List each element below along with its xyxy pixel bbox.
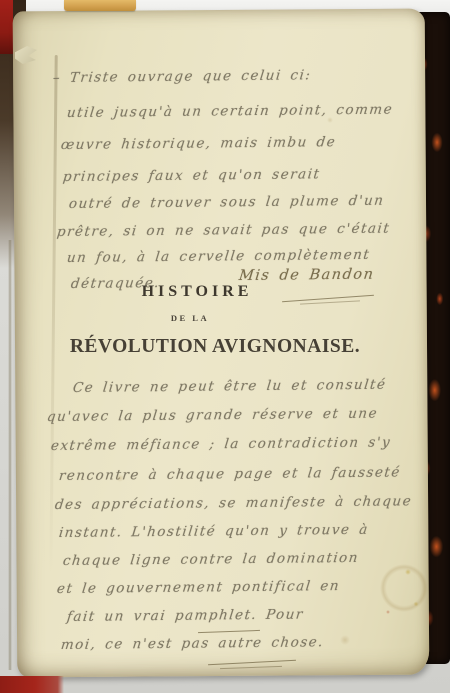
annotation-line: principes faux et qu'on serait — [62, 166, 321, 185]
annotation-line: – Triste ouvrage que celui ci: — [52, 67, 312, 86]
annotation-line: instant. L'hostilité qu'on y trouve à — [58, 522, 370, 541]
printed-title-histoire: HISTOIRE — [30, 283, 364, 301]
red-cover-edge-top — [0, 0, 13, 54]
annotation-line: chaque ligne contre la domination — [62, 550, 360, 569]
red-cover-edge-bottom — [0, 676, 64, 693]
annotation-line: outré de trouver sous la plume d'un — [68, 193, 385, 212]
annotation-line: œuvre historique, mais imbu de — [60, 134, 337, 153]
handwritten-signature: Mis de Bandon — [238, 267, 375, 284]
photo-frame: – Triste ouvrage que celui ci: utile jus… — [0, 0, 450, 693]
printed-title-revolution: RÉVOLUTION AVIGNONAISE. — [42, 336, 388, 358]
tape-tab — [64, 0, 136, 11]
annotation-line: Ce livre ne peut être lu et consulté — [72, 377, 387, 396]
annotation-line: utile jusqu'à un certain point, comme — [66, 102, 394, 121]
annotation-line: et le gouvernement pontifical en — [56, 578, 341, 597]
printed-title-de-la: DE LA — [28, 313, 352, 323]
annotation-line: un fou, à la cervelle complètement — [66, 247, 371, 266]
annotation-line: fait un vrai pamphlet. Pour — [66, 606, 305, 625]
page-edge-line — [8, 240, 12, 670]
annotation-line: moi, ce n'est pas autre chose. — [60, 634, 325, 653]
